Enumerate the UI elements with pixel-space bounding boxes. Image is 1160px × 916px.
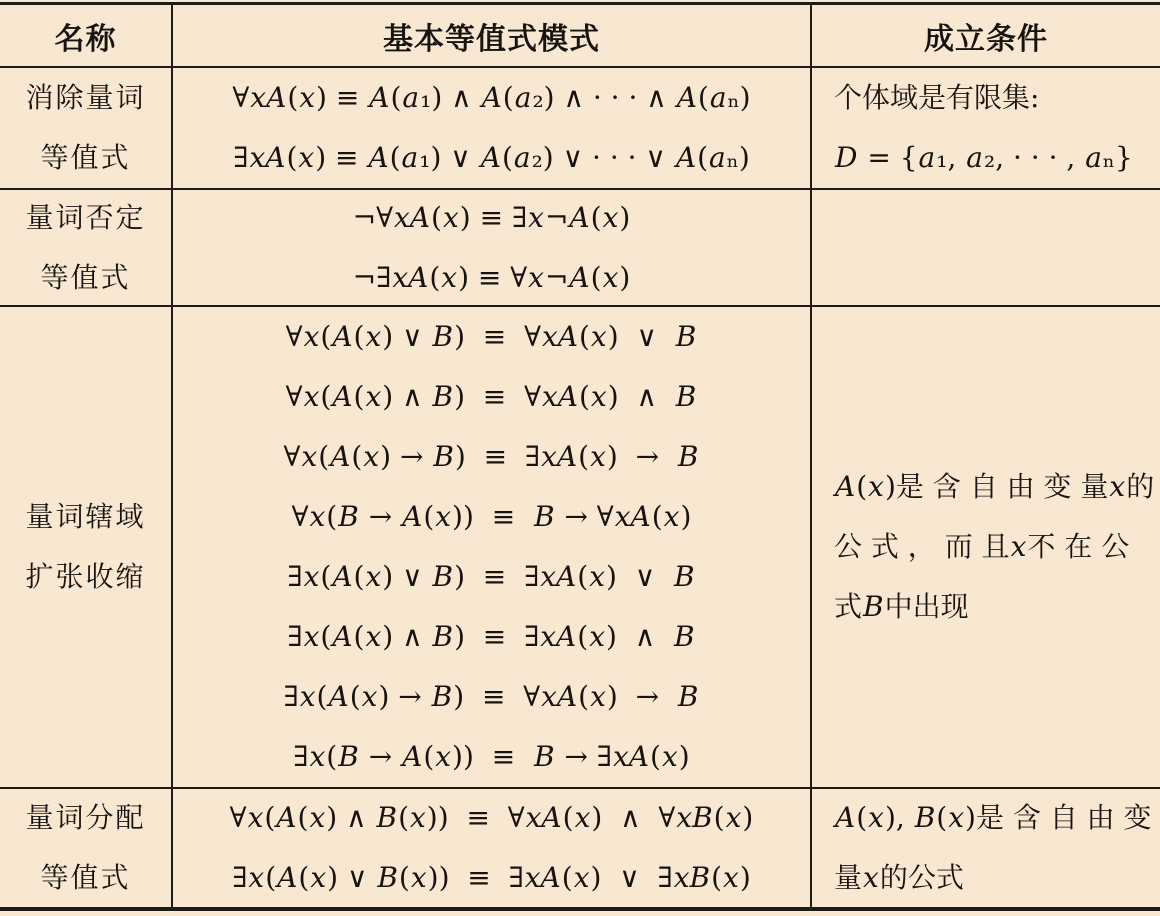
row-condition-scope: A(x)是 含 自 由 变 量x的 公 式 ， 而 且x不 在 公 式B中出现 bbox=[812, 307, 1160, 789]
formula-line: ∀x(A(x) ∧ B) ≡ ∀xA(x) ∧ B bbox=[286, 367, 698, 427]
page: 名称 基本等值式模式 成立条件 消除量词 等值式 ∀xA(x) ≡ A(a₁) … bbox=[0, 0, 1160, 916]
row-name-line: 等值式 bbox=[40, 248, 130, 308]
formula-line: ¬∃xA(x) ≡ ∀x¬A(x) bbox=[353, 248, 631, 308]
row-formulas-distribution: ∀x(A(x) ∧ B(x)) ≡ ∀xA(x) ∧ ∀xB(x) ∃x(A(x… bbox=[173, 789, 812, 907]
row-name-line: 量词否定 bbox=[25, 190, 145, 248]
equivalence-table: 名称 基本等值式模式 成立条件 消除量词 等值式 ∀xA(x) ≡ A(a₁) … bbox=[0, 2, 1160, 911]
row-formulas-elimination: ∀xA(x) ≡ A(a₁) ∧ A(a₂) ∧ · · · ∧ A(aₙ) ∃… bbox=[173, 68, 812, 190]
row-name-line: 量词辖域 bbox=[25, 487, 145, 547]
formula-line: ∀x(A(x) ∧ B(x)) ≡ ∀xA(x) ∧ ∀xB(x) bbox=[230, 789, 754, 848]
row-formulas-scope: ∀x(A(x) ∨ B) ≡ ∀xA(x) ∨ B ∀x(A(x) ∧ B) ≡… bbox=[173, 307, 812, 789]
row-condition-negation bbox=[812, 190, 1160, 307]
header-name: 名称 bbox=[0, 5, 173, 68]
header-condition: 成立条件 bbox=[812, 5, 1160, 68]
row-name-line: 扩张收缩 bbox=[25, 547, 145, 607]
condition-line: A(x)是 含 自 由 变 量x的 bbox=[834, 457, 1146, 517]
row-name-line: 等值式 bbox=[40, 848, 130, 907]
row-condition-distribution: A(x), B(x)是 含 自 由 变 量x的公式 bbox=[812, 789, 1160, 907]
condition-line: A(x), B(x)是 含 自 由 变 bbox=[834, 789, 1146, 848]
row-formulas-negation: ¬∀xA(x) ≡ ∃x¬A(x) ¬∃xA(x) ≡ ∀x¬A(x) bbox=[173, 190, 812, 307]
formula-line: ¬∀xA(x) ≡ ∃x¬A(x) bbox=[353, 190, 631, 248]
formula-line: ∀xA(x) ≡ A(a₁) ∧ A(a₂) ∧ · · · ∧ A(aₙ) bbox=[232, 68, 750, 128]
condition-line: 公 式 ， 而 且x不 在 公 bbox=[834, 517, 1146, 577]
formula-line: ∃x(A(x) → B) ≡ ∀xA(x) → B bbox=[284, 667, 700, 727]
condition-line: 量x的公式 bbox=[834, 848, 1146, 907]
row-name-elimination: 消除量词 等值式 bbox=[0, 68, 173, 190]
row-name-line: 量词分配 bbox=[25, 789, 145, 848]
row-name-line: 消除量词 bbox=[25, 68, 145, 128]
condition-line: D = {a₁, a₂, · · · , aₙ} bbox=[834, 128, 1146, 188]
row-name-negation: 量词否定 等值式 bbox=[0, 190, 173, 307]
row-name-line: 等值式 bbox=[40, 128, 130, 188]
formula-line: ∃x(B → A(x)) ≡ B → ∃xA(x) bbox=[293, 727, 689, 787]
row-condition-elimination: 个体域是有限集: D = {a₁, a₂, · · · , aₙ} bbox=[812, 68, 1160, 190]
formula-line: ∀x(A(x) → B) ≡ ∃xA(x) → B bbox=[284, 427, 700, 487]
formula-line: ∀x(A(x) ∨ B) ≡ ∀xA(x) ∨ B bbox=[286, 307, 698, 367]
formula-line: ∃xA(x) ≡ A(a₁) ∨ A(a₂) ∨ · · · ∨ A(aₙ) bbox=[233, 128, 750, 188]
formula-line: ∀x(B → A(x)) ≡ B → ∀xA(x) bbox=[292, 487, 692, 547]
condition-line: 式B中出现 bbox=[834, 577, 1146, 637]
condition-line: 个体域是有限集: bbox=[834, 68, 1146, 128]
formula-line: ∃x(A(x) ∨ B) ≡ ∃xA(x) ∨ B bbox=[287, 547, 695, 607]
formula-line: ∃x(A(x) ∨ B(x)) ≡ ∃xA(x) ∨ ∃xB(x) bbox=[232, 848, 751, 907]
formula-line: ∃x(A(x) ∧ B) ≡ ∃xA(x) ∧ B bbox=[287, 607, 695, 667]
row-name-scope: 量词辖域 扩张收缩 bbox=[0, 307, 173, 789]
header-pattern: 基本等值式模式 bbox=[173, 5, 812, 68]
row-name-distribution: 量词分配 等值式 bbox=[0, 789, 173, 907]
